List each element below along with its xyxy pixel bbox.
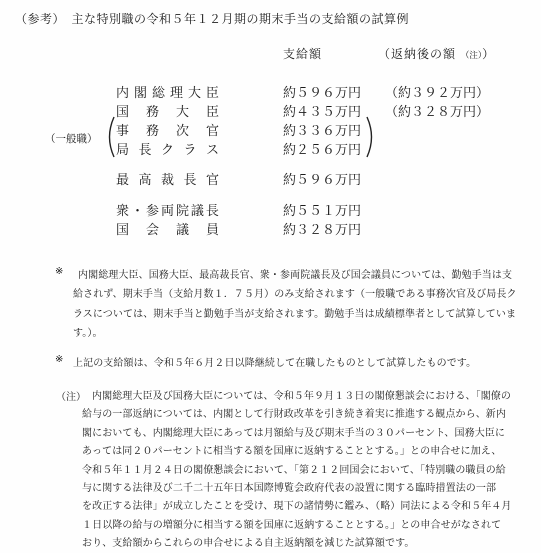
row-label: 最高裁長官	[116, 169, 219, 188]
row-amount: 約２５６万円	[283, 139, 361, 158]
column-header-after-return: （返納後の額 （注））	[378, 45, 495, 62]
after-return-close-paren: ）	[482, 47, 495, 61]
row-label: 衆・参両院議長	[116, 200, 219, 219]
general-service-brace-left-icon	[103, 116, 116, 158]
after-return-label: （返納後の額	[378, 47, 456, 61]
row-label: 局長クラス	[116, 139, 219, 158]
note-marker-asterisk-1: ※	[55, 266, 63, 277]
row-label: 国会議員	[116, 219, 219, 238]
note-calculation-basis: 上記の支給額は、令和５年６月２日以降継続して在職したものとして試算したものです。	[73, 354, 476, 373]
row-after-return-amount: （約３２８万円）	[385, 101, 489, 120]
note-marker-asterisk-2: ※	[55, 354, 63, 365]
row-label: 事務次官	[116, 120, 219, 139]
after-return-note-ref: （注）	[461, 51, 482, 61]
document-page: （参考） 主な特別職の令和５年１２月期の期末手当の支給額の試算例 支給額 （返納…	[0, 0, 541, 553]
row-after-return-amount: （約３９２万円）	[385, 82, 489, 101]
row-amount: 約５５１万円	[283, 200, 361, 219]
general-service-brace-right-icon	[365, 116, 378, 158]
row-amount: 約４３５万円	[283, 101, 361, 120]
note-kinben-allowance: 内閣総理大臣、国務大臣、最高裁長官、衆・参両院議長及び国会議員については、勤勉手…	[73, 266, 517, 344]
general-service-group-label: （一般職）	[45, 131, 98, 146]
row-amount: 約３３６万円	[283, 120, 361, 139]
page-title: （参考） 主な特別職の令和５年１２月期の期末手当の支給額の試算例	[15, 10, 409, 27]
note-voluntary-return: 内閣総理大臣及び国務大臣については、令和５年９月１３日の閣僚懇談会における、「閣…	[82, 388, 512, 553]
row-amount: 約５９６万円	[283, 169, 361, 188]
row-label: 内閣総理大臣	[116, 82, 219, 101]
column-header-amount: 支給額	[283, 45, 322, 62]
row-amount: 約３２８万円	[283, 219, 361, 238]
row-amount: 約５９６万円	[283, 82, 361, 101]
row-label: 国務大臣	[116, 101, 219, 120]
